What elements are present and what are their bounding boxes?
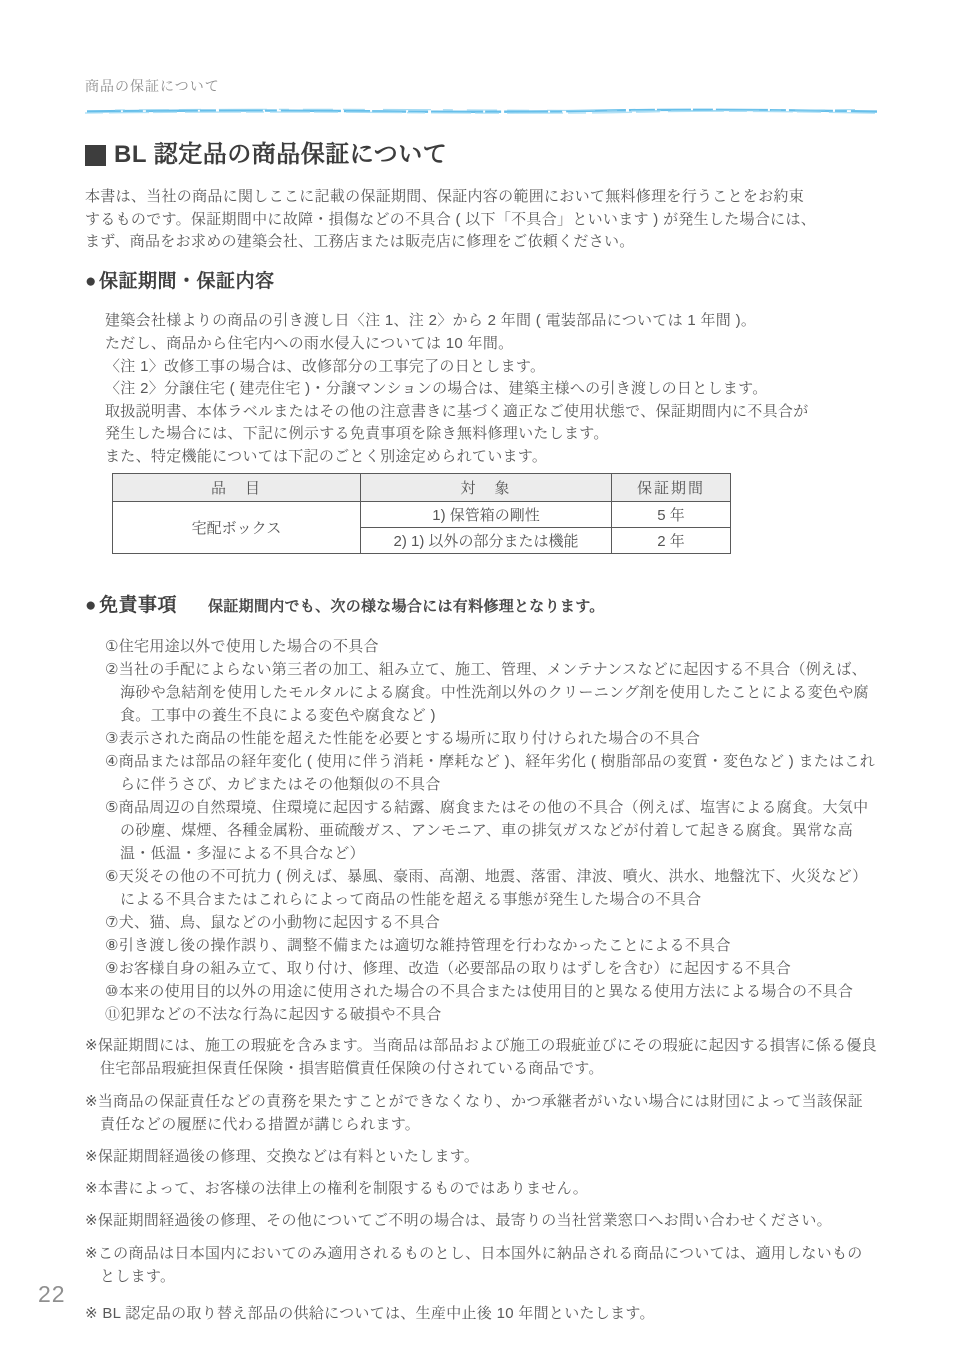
target-cell: 1) 保管箱の剛性	[361, 501, 612, 527]
exemption-item: ⑧引き渡し後の操作誤り、調整不備または適切な維持管理を行わなかったことによる不具…	[105, 934, 877, 957]
period-cell: 5 年	[612, 501, 731, 527]
footnote: ※保証期間経過後の修理、その他についてご不明の場合は、最寄りの当社営業窓口へお問…	[85, 1209, 877, 1232]
exemption-item: ⑦犬、猫、鳥、鼠などの小動物に起因する不具合	[105, 911, 877, 934]
brush-underline-decoration	[85, 107, 877, 116]
footnote: ※ BL 認定品の取り替え部品の供給については、生産中止後 10 年間といたしま…	[85, 1302, 877, 1325]
warranty-period-heading-text: 保証期間・保証内容	[99, 271, 275, 292]
warranty-detail-line: 〈注 2〉分譲住宅 ( 建売住宅 )・分譲マンションの場合は、建築主様への引き渡…	[105, 378, 877, 401]
exemption-heading-text: 免責事項	[99, 595, 177, 616]
footnote: ※この商品は日本国内においてのみ適用されるものとし、日本国外に納品される商品につ…	[85, 1242, 877, 1288]
warranty-detail-line: ただし、商品から住宅内への雨水侵入については 10 年間。	[105, 333, 877, 356]
intro-line: するものです。保証期間中に故障・損傷などの不具合 ( 以下「不具合」といいます …	[85, 209, 877, 232]
circle-bullet-icon: ●	[85, 271, 97, 292]
column-header-item: 品 目	[113, 473, 361, 501]
exemption-item: ②当社の手配によらない第三者の加工、組み立て、施工、管理、メンテナンスなどに起因…	[105, 658, 877, 727]
exemption-list: ①住宅用途以外で使用した場合の不具合 ②当社の手配によらない第三者の加工、組み立…	[105, 635, 877, 1026]
warranty-detail-line: 建築会社様よりの商品の引き渡し日〈注 1、注 2〉から 2 年間 ( 電装部品に…	[105, 310, 877, 333]
warranty-table: 品 目 対 象 保証期間 宅配ボックス 1) 保管箱の剛性 5 年 2) 1) …	[112, 473, 731, 554]
warranty-detail-line: 発生した場合には、下記に例示する免責事項を除き無料修理いたします。	[105, 423, 877, 446]
footnote: ※保証期間経過後の修理、交換などは有料といたします。	[85, 1145, 877, 1168]
warranty-period-details: 建築会社様よりの商品の引き渡し日〈注 1、注 2〉から 2 年間 ( 電装部品に…	[105, 310, 877, 468]
circle-bullet-icon: ●	[85, 595, 97, 616]
intro-line: 本書は、当社の商品に関しここに記載の保証期間、保証内容の範囲において無料修理を行…	[85, 186, 877, 209]
intro-line: まず、商品をお求めの建築会社、工務店または販売店に修理をご依頼ください。	[85, 231, 877, 254]
warranty-document-page: { "page": { "header_title": "商品の保証について",…	[0, 0, 960, 1358]
warranty-detail-line: 取扱説明書、本体ラベルまたはその他の注意書きに基づく適正なご使用状態で、保証期間…	[105, 401, 877, 424]
intro-paragraph: 本書は、当社の商品に関しここに記載の保証期間、保証内容の範囲において無料修理を行…	[85, 186, 877, 254]
exemption-item: ⑨お客様自身の組み立て、取り付け、修理、改造（必要部品の取りはずしを含む）に起因…	[105, 957, 877, 980]
exemption-item: ⑥天災その他の不可抗力 ( 例えば、暴風、豪雨、高潮、地震、落雷、津波、噴火、洪…	[105, 865, 877, 911]
page-number: 22	[38, 1281, 66, 1308]
running-header: 商品の保証について	[85, 78, 877, 94]
page-content: 商品の保証について BL 認定品の商品保証について 本書は、当社の商品に関しここ…	[85, 0, 877, 1334]
warranty-period-heading: ●保証期間・保証内容	[85, 269, 877, 295]
footnotes: ※保証期間には、施工の瑕疵を含みます。当商品は部品および施工の瑕疵並びにその瑕疵…	[85, 1034, 877, 1325]
exemption-item: ①住宅用途以外で使用した場合の不具合	[105, 635, 877, 658]
exemption-item: ④商品または部品の経年変化 ( 使用に伴う消耗・摩耗など )、経年劣化 ( 樹脂…	[105, 750, 877, 796]
exemption-item: ⑩本来の使用目的以外の用途に使用された場合の不具合または使用目的と異なる使用方法…	[105, 980, 877, 1003]
warranty-detail-line: また、特定機能については下記のごとく別途定められています。	[105, 446, 877, 469]
table-row: 宅配ボックス 1) 保管箱の剛性 5 年	[113, 501, 731, 527]
exemption-heading: ●免責事項保証期間内でも、次の様な場合には有料修理となります。	[85, 593, 877, 620]
exemption-item: ③表示された商品の性能を超えた性能を必要とする場所に取り付けられた場合の不具合	[105, 727, 877, 750]
page-title-text: BL 認定品の商品保証について	[114, 140, 447, 170]
warranty-detail-line: 〈注 1〉改修工事の場合は、改修部分の工事完了の日とします。	[105, 356, 877, 379]
column-header-target: 対 象	[361, 473, 612, 501]
item-name-cell: 宅配ボックス	[113, 501, 361, 553]
square-bullet-icon	[85, 145, 106, 166]
period-cell: 2 年	[612, 527, 731, 553]
exemption-item: ⑤商品周辺の自然環境、住環境に起因する結露、腐食またはその他の不具合（例えば、塩…	[105, 796, 877, 865]
footnote: ※保証期間には、施工の瑕疵を含みます。当商品は部品および施工の瑕疵並びにその瑕疵…	[85, 1034, 877, 1080]
footnote: ※本書によって、お客様の法律上の権利を制限するものではありません。	[85, 1177, 877, 1200]
footnote: ※当商品の保証責任などの責務を果たすことができなくなり、かつ承継者がいない場合に…	[85, 1090, 877, 1136]
target-cell: 2) 1) 以外の部分または機能	[361, 527, 612, 553]
page-title: BL 認定品の商品保証について	[85, 140, 877, 170]
exemption-heading-note: 保証期間内でも、次の様な場合には有料修理となります。	[193, 598, 605, 615]
exemption-item: ⑪犯罪などの不法な行為に起因する破損や不具合	[105, 1003, 877, 1026]
warranty-table-header-row: 品 目 対 象 保証期間	[113, 473, 731, 501]
column-header-period: 保証期間	[612, 473, 731, 501]
